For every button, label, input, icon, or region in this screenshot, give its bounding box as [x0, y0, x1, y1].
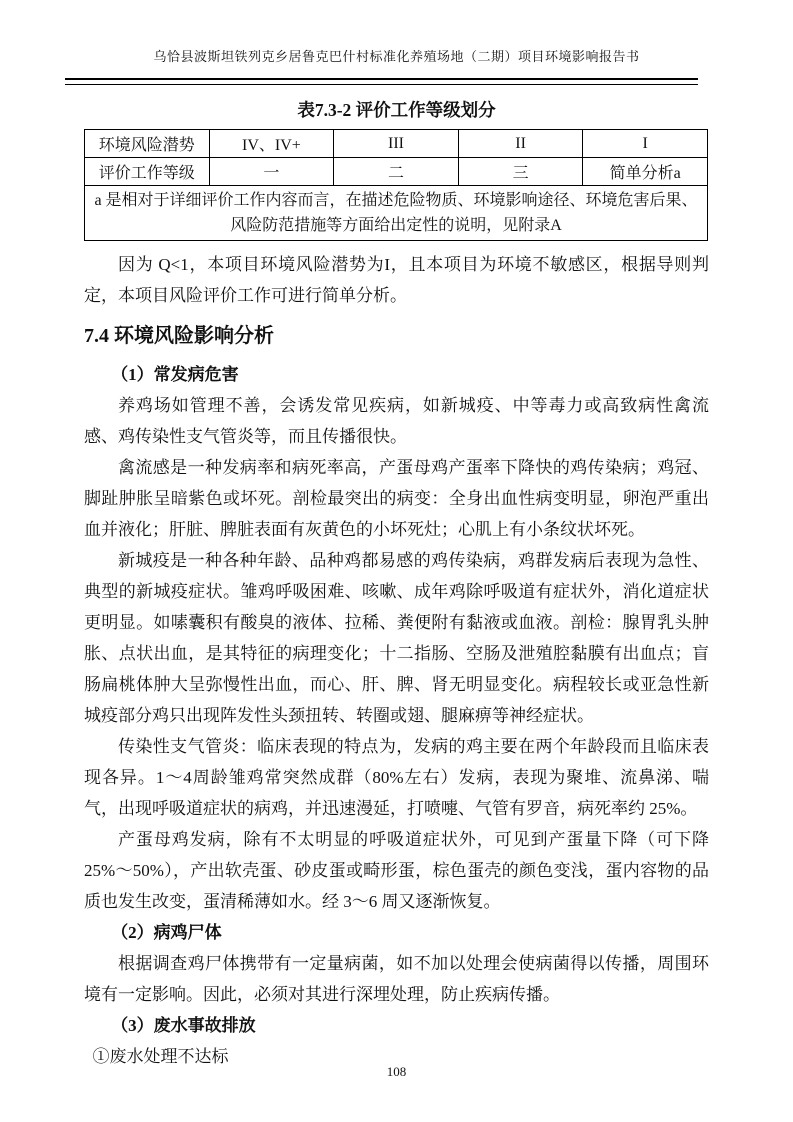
subheading-common-disease: （1）常发病危害: [84, 359, 709, 390]
table-cell: 三: [458, 158, 583, 186]
page-number: 108: [0, 1064, 793, 1080]
table-row-work-grade: 评价工作等级 一 二 三 简单分析a: [85, 158, 708, 186]
subheading-chicken-carcass: （2）病鸡尸体: [84, 917, 709, 948]
page-content: 乌恰县波斯坦铁列克乡居鲁克巴什村标准化养殖场地（二期）项目环境影响报告书 表7.…: [84, 46, 709, 1072]
table-row-note: a 是相对于详细评价工作内容而言，在描述危险物质、环境影响途径、环境危害后果、风…: [85, 186, 708, 241]
header-divider-rule: [65, 78, 698, 85]
table-cell: IV、IV+: [209, 130, 334, 158]
paragraph-avian-flu: 禽流感是一种发病率和病死率高，产蛋母鸡产蛋率下降快的鸡传染病；鸡冠、脚趾肿胀呈暗…: [84, 452, 709, 545]
subheading-wastewater-accident: （3）废水事故排放: [84, 1010, 709, 1041]
table-title: 表7.3-2 评价工作等级划分: [84, 97, 709, 122]
paragraph-newcastle-disease: 新城疫是一种各种年龄、品种鸡都易感的鸡传染病，鸡群发病后表现为急性、典型的新城疫…: [84, 545, 709, 731]
header-title: 乌恰县波斯坦铁列克乡居鲁克巴什村标准化养殖场地（二期）项目环境影响报告书: [84, 46, 709, 65]
table-note: a 是相对于详细评价工作内容而言，在描述危险物质、环境影响途径、环境危害后果、风…: [85, 186, 708, 241]
table-cell: 环境风险潜势: [85, 130, 210, 158]
table-cell: 一: [209, 158, 334, 186]
paragraph-risk-conclusion: 因为 Q<1，本项目环境风险潜势为I，且本项目为环境不敏感区，根据导则判定，本项…: [84, 249, 709, 311]
table-cell: 评价工作等级: [85, 158, 210, 186]
paragraph-carcass-handling: 根据调查鸡尸体携带有一定量病菌，如不加以处理会使病菌得以传播，周围环境有一定影响…: [84, 948, 709, 1010]
table-cell: III: [334, 130, 459, 158]
table-cell: II: [458, 130, 583, 158]
table-cell: 二: [334, 158, 459, 186]
table-cell: 简单分析a: [583, 158, 708, 186]
section-heading-7-4: 7.4 环境风险影响分析: [84, 321, 709, 351]
table-row-risk-potential: 环境风险潜势 IV、IV+ III II I: [85, 130, 708, 158]
table-cell: I: [583, 130, 708, 158]
paragraph-laying-hen: 产蛋母鸡发病，除有不太明显的呼吸道症状外，可见到产蛋量下降（可下降25%～50%…: [84, 824, 709, 917]
paragraph-infectious-bronchitis: 传染性支气管炎：临床表现的特点为，发病的鸡主要在两个年龄段而且临床表现各异。1～…: [84, 731, 709, 824]
document-page: 乌恰县波斯坦铁列克乡居鲁克巴什村标准化养殖场地（二期）项目环境影响报告书 表7.…: [0, 0, 793, 1122]
evaluation-grade-table: 环境风险潜势 IV、IV+ III II I 评价工作等级 一 二 三 简单分析…: [84, 129, 708, 241]
paragraph-disease-intro: 养鸡场如管理不善，会诱发常见疾病，如新城疫、中等毒力或高致病性禽流感、鸡传染性支…: [84, 390, 709, 452]
